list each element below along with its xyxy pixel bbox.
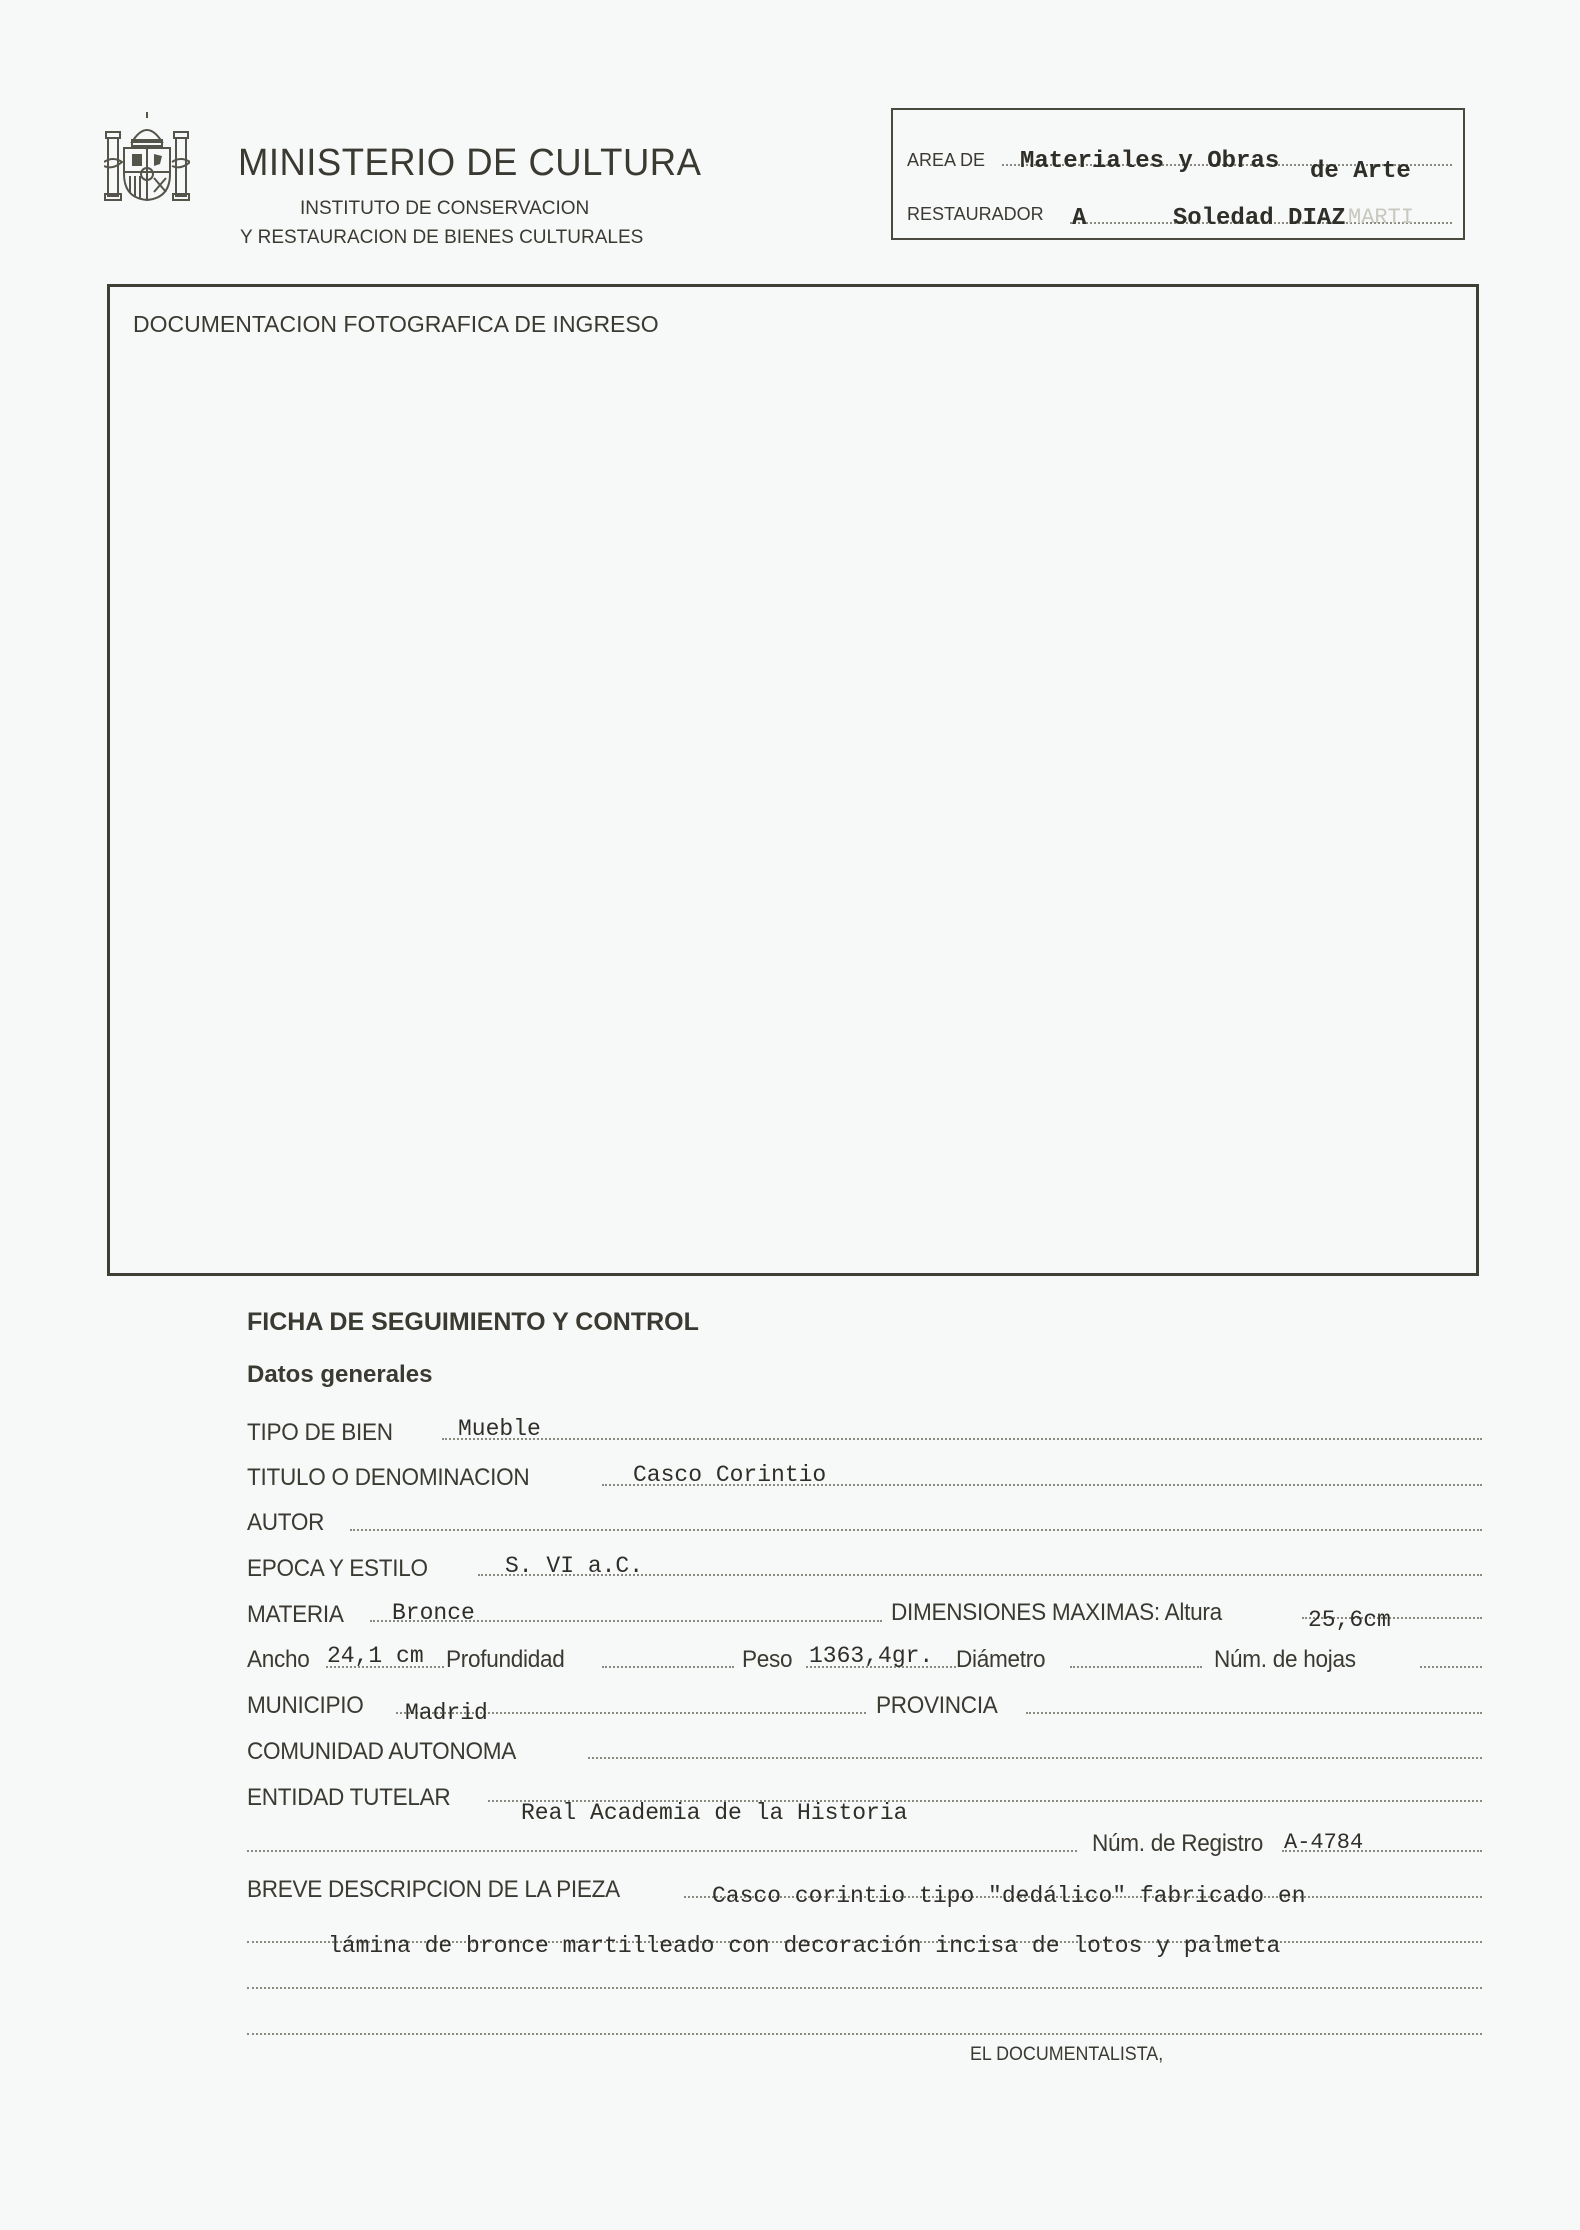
area-value-continued: de Arte [1310, 158, 1411, 185]
provincia-label: PROVINCIA [876, 1692, 998, 1720]
documentalista-signature-label: EL DOCUMENTALISTA, [970, 2044, 1163, 2066]
restaurador-faded-text: MARTI [1348, 205, 1414, 230]
photo-documentation-box [107, 284, 1479, 1276]
diametro-label: Diámetro [956, 1646, 1045, 1674]
epoca-label: EPOCA Y ESTILO [247, 1555, 428, 1583]
restaurador-value: A Soledad DIAZ [1072, 205, 1346, 232]
entidad-continued-field[interactable] [247, 1850, 1077, 1852]
titulo-value: Casco Corintio [633, 1462, 826, 1488]
peso-value: 1363,4gr. [809, 1643, 933, 1669]
profundidad-label: Profundidad [446, 1646, 565, 1674]
descripcion-value-line-2: lámina de bronce martilleado con decorac… [328, 1933, 1280, 1959]
registro-label: Núm. de Registro [1092, 1830, 1263, 1858]
municipio-value: Madrid [405, 1700, 488, 1726]
ministry-title: MINISTERIO DE CULTURA [238, 142, 701, 185]
photo-section-title: DOCUMENTACION FOTOGRAFICA DE INGRESO [133, 311, 659, 338]
coat-of-arms-icon [104, 112, 190, 202]
area-label: AREA DE [907, 150, 985, 171]
descripcion-field-line-3[interactable] [247, 1987, 1482, 1989]
profundidad-field[interactable] [602, 1666, 734, 1668]
tipo-de-bien-field[interactable] [442, 1438, 1482, 1440]
num-hojas-field[interactable] [1420, 1666, 1482, 1668]
descripcion-label: BREVE DESCRIPCION DE LA PIEZA [247, 1876, 620, 1904]
municipio-label: MUNICIPIO [247, 1692, 364, 1720]
num-hojas-label: Núm. de hojas [1214, 1646, 1356, 1674]
tipo-de-bien-label: TIPO DE BIEN [247, 1419, 393, 1447]
ancho-value: 24,1 cm [327, 1643, 424, 1669]
materia-label: MATERIA [247, 1601, 344, 1629]
area-value: Materiales y Obras [1020, 148, 1279, 175]
comunidad-field[interactable] [588, 1757, 1482, 1759]
form-subtitle: Datos generales [247, 1361, 432, 1389]
institute-line-1: INSTITUTO DE CONSERVACION [300, 198, 589, 220]
restaurador-label: RESTAURADOR [907, 204, 1044, 225]
comunidad-label: COMUNIDAD AUTONOMA [247, 1738, 516, 1766]
diametro-field[interactable] [1070, 1666, 1202, 1668]
materia-value: Bronce [392, 1600, 475, 1626]
autor-field[interactable] [350, 1529, 1482, 1531]
entidad-label: ENTIDAD TUTELAR [247, 1784, 450, 1812]
autor-label: AUTOR [247, 1509, 324, 1537]
dimensiones-altura-label: DIMENSIONES MAXIMAS: Altura [891, 1599, 1222, 1627]
registro-value: A-4784 [1284, 1830, 1363, 1855]
peso-label: Peso [742, 1646, 792, 1674]
provincia-field[interactable] [1026, 1712, 1482, 1714]
ancho-label: Ancho [247, 1646, 310, 1674]
tipo-de-bien-value: Mueble [458, 1416, 541, 1442]
form-title: FICHA DE SEGUIMIENTO Y CONTROL [247, 1308, 699, 1337]
descripcion-field-line-4[interactable] [247, 2033, 1482, 2035]
descripcion-value-line-1: Casco corintio tipo "dedálico" fabricado… [712, 1883, 1306, 1909]
entidad-value: Real Academia de la Historia [521, 1800, 907, 1826]
institute-line-2: Y RESTAURACION DE BIENES CULTURALES [240, 227, 643, 249]
epoca-value: S. VI a.C. [505, 1553, 643, 1579]
titulo-label: TITULO O DENOMINACION [247, 1464, 529, 1492]
altura-value: 25,6cm [1308, 1607, 1391, 1633]
